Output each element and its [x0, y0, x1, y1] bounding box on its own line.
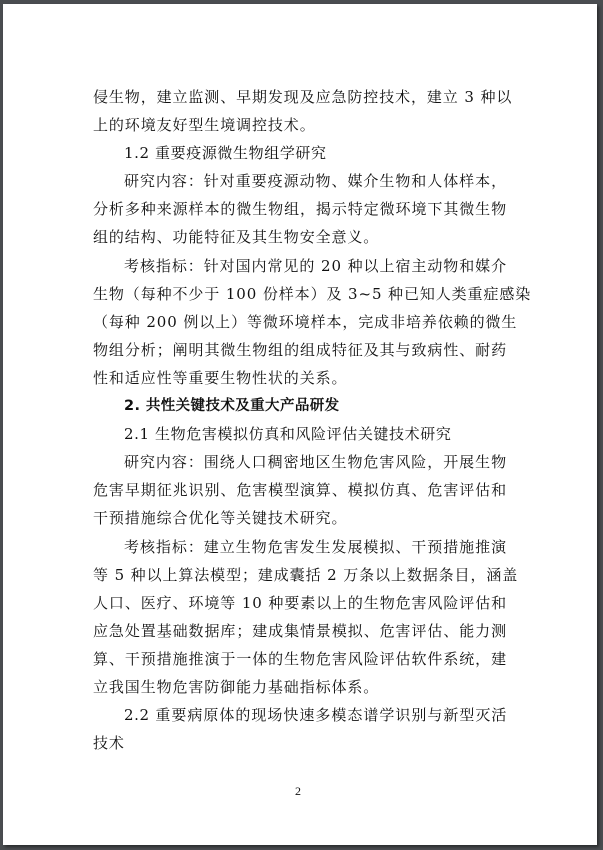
body-line: 生物（每种不少于 100 份样本）及 3~5 种已知人类重症感染	[93, 280, 507, 308]
body-line: 应急处置基础数据库；建成集情景模拟、危害评估、能力测	[93, 617, 507, 645]
body-line: 上的环境友好型生境调控技术。	[93, 111, 507, 139]
body-line: （每种 200 例以上）等微环境样本，完成非培养依赖的微生	[93, 308, 507, 336]
body-line: 研究内容：围绕人口稠密地区生物危害风险，开展生物	[93, 448, 507, 476]
body-line: 等 5 种以上算法模型；建成囊括 2 万条以上数据条目，涵盖	[93, 561, 507, 589]
body-line: 干预措施综合优化等关键技术研究。	[93, 504, 507, 532]
section-heading-1-2: 1.2 重要疫源微生物组学研究	[93, 139, 507, 167]
body-line: 立我国生物危害防御能力基础指标体系。	[93, 673, 507, 701]
page-number: 2	[295, 784, 301, 799]
section-heading-2-2: 2.2 重要病原体的现场快速多模态谱学识别与新型灭活	[93, 701, 507, 729]
body-line: 组的结构、功能特征及其生物安全意义。	[93, 223, 507, 251]
body-line: 研究内容：针对重要疫源动物、媒介生物和人体样本，	[93, 167, 507, 195]
section-heading-2-2-continued: 技术	[93, 729, 507, 757]
document-body: 侵生物，建立监测、早期发现及应急防控技术，建立 3 种以 上的环境友好型生境调控…	[93, 83, 507, 757]
body-line: 性和适应性等重要生物性状的关系。	[93, 364, 507, 392]
body-line: 人口、医疗、环境等 10 种要素以上的生物危害风险评估和	[93, 589, 507, 617]
section-heading-2: 2. 共性关键技术及重大产品研发	[93, 392, 507, 420]
body-line: 算、干预措施推演于一体的生物危害风险评估软件系统，建	[93, 645, 507, 673]
body-line: 危害早期征兆识别、危害模型演算、模拟仿真、危害评估和	[93, 476, 507, 504]
body-line: 考核指标：建立生物危害发生发展模拟、干预措施推演	[93, 533, 507, 561]
section-heading-2-1: 2.1 生物危害模拟仿真和风险评估关键技术研究	[93, 420, 507, 448]
body-line: 侵生物，建立监测、早期发现及应急防控技术，建立 3 种以	[93, 83, 507, 111]
body-line: 物组分析；阐明其微生物组的组成特征及其与致病性、耐药	[93, 336, 507, 364]
document-page: 侵生物，建立监测、早期发现及应急防控技术，建立 3 种以 上的环境友好型生境调控…	[3, 4, 597, 845]
body-line: 分析多种来源样本的微生物组，揭示特定微环境下其微生物	[93, 195, 507, 223]
body-line: 考核指标：针对国内常见的 20 种以上宿主动物和媒介	[93, 252, 507, 280]
